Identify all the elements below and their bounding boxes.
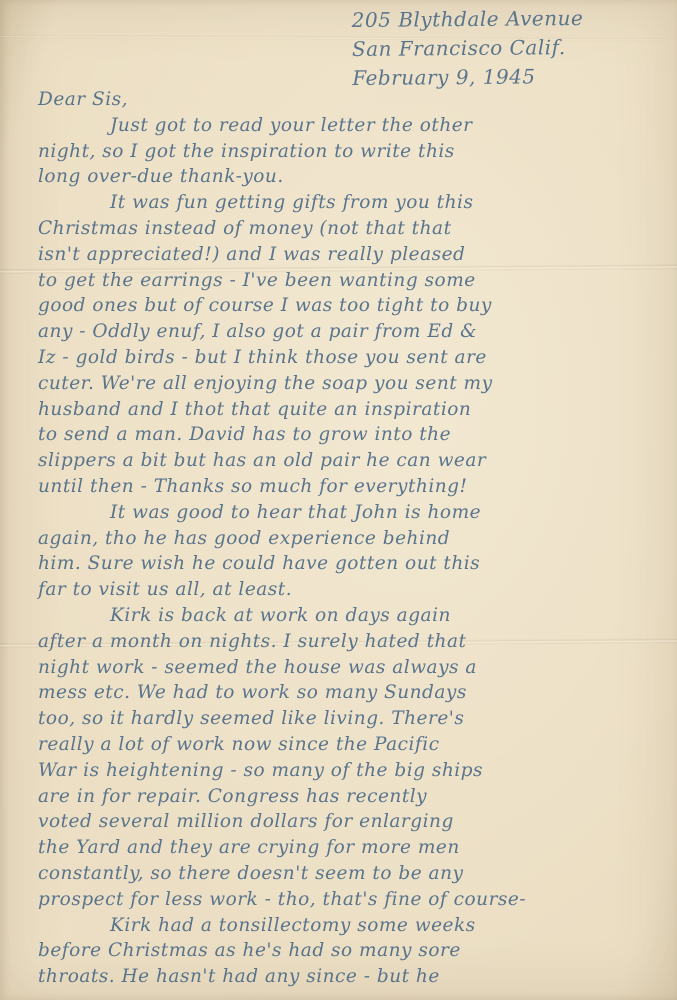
letter-line: isn't appreciated!) and I was really ple… [38, 242, 655, 268]
letter-line: really a lot of work now since the Pacif… [38, 732, 655, 758]
letter-line: long over-due thank-you. [38, 164, 655, 190]
sender-address-line-2: San Francisco Calif. [352, 33, 584, 64]
letter-line: night work - seemed the house was always… [38, 655, 655, 681]
letter-line: to send a man. David has to grow into th… [38, 422, 655, 448]
letter-line: after a month on nights. I surely hated … [38, 629, 655, 655]
letter-line: constantly, so there doesn't seem to be … [38, 861, 655, 887]
letter-line: are in for repair. Congress has recently [38, 784, 655, 810]
letter-line: the Yard and they are crying for more me… [38, 835, 655, 861]
letter-line: slippers a bit but has an old pair he ca… [38, 448, 655, 474]
letter-line: before Christmas as he's had so many sor… [38, 938, 655, 964]
letter-line: War is heightening - so many of the big … [38, 758, 655, 784]
letter-line: Just got to read your letter the other [38, 113, 655, 139]
letter-line: until then - Thanks so much for everythi… [38, 474, 655, 500]
letter-line: night, so I got the inspiration to write… [38, 139, 655, 165]
letter-line: Kirk had a tonsillectomy some weeks [38, 913, 655, 939]
letter-line: mess etc. We had to work so many Sundays [38, 680, 655, 706]
letter-line: It was good to hear that John is home [38, 500, 655, 526]
letter-line: Kirk is back at work on days again [38, 603, 655, 629]
letter-line: any - Oddly enuf, I also got a pair from… [38, 319, 655, 345]
letter-line: husband and I thot that quite an inspira… [38, 397, 655, 423]
letter-line: again, tho he has good experience behind [38, 526, 655, 552]
letter-line: good ones but of course I was too tight … [38, 293, 655, 319]
letter-line: too, so it hardly seemed like living. Th… [38, 706, 655, 732]
letter-line: far to visit us all, at least. [38, 577, 655, 603]
letter-line: to get the earrings - I've been wanting … [38, 268, 655, 294]
letter-line: Christmas instead of money (not that tha… [38, 216, 655, 242]
sender-address-line-1: 205 Blythdale Avenue [352, 4, 584, 35]
letter-line: Iz - gold birds - but I think those you … [38, 345, 655, 371]
letter-body: Dear Sis, Just got to read your letter t… [38, 87, 655, 990]
letter-header: 205 Blythdale Avenue San Francisco Calif… [352, 4, 584, 93]
letter-line: prospect for less work - tho, that's fin… [38, 887, 655, 913]
letter-page: 205 Blythdale Avenue San Francisco Calif… [0, 0, 677, 1000]
letter-line: cuter. We're all enjoying the soap you s… [38, 371, 655, 397]
salutation: Dear Sis, [38, 87, 655, 113]
letter-line: throats. He hasn't had any since - but h… [38, 964, 655, 990]
letter-line: him. Sure wish he could have gotten out … [38, 551, 655, 577]
letter-line: voted several million dollars for enlarg… [38, 809, 655, 835]
letter-line: It was fun getting gifts from you this [38, 190, 655, 216]
